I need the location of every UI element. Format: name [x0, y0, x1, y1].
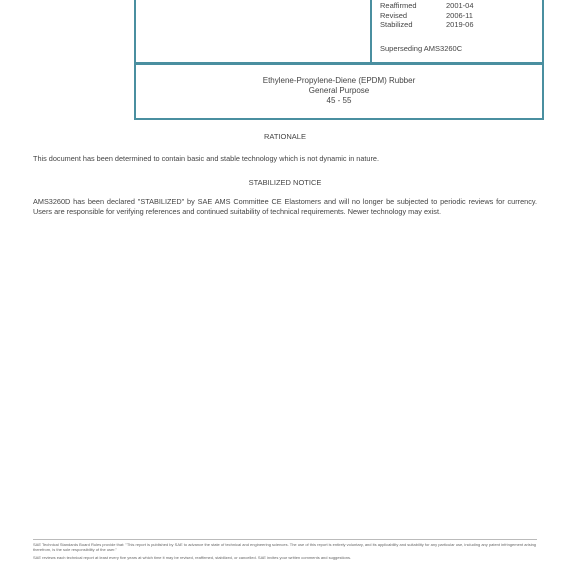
header-box — [134, 0, 544, 64]
footer-line-2: SAE reviews each technical report at lea… — [33, 555, 537, 560]
document-title-box: Ethylene-Propylene-Diene (EPDM) Rubber G… — [134, 63, 544, 120]
stabilized-text: AMS3260D has been declared "STABILIZED" … — [33, 197, 537, 216]
rationale-heading: RATIONALE — [0, 132, 570, 141]
document-dates: Reaffirmed2001-04 Revised2006-11 Stabili… — [380, 1, 474, 30]
date-row-reaffirmed: Reaffirmed2001-04 — [380, 1, 474, 11]
date-row-stabilized: Stabilized2019-06 — [380, 20, 474, 30]
header-divider — [370, 0, 372, 64]
stabilized-heading: STABILIZED NOTICE — [0, 178, 570, 187]
footer-line-1: SAE Technical Standards Board Rules prov… — [33, 542, 537, 552]
title-line-2: General Purpose — [136, 86, 542, 96]
superseding-note: Superseding AMS3260C — [380, 44, 462, 53]
rationale-text: This document has been determined to con… — [33, 154, 537, 164]
footer-divider — [33, 539, 537, 540]
title-line-1: Ethylene-Propylene-Diene (EPDM) Rubber — [136, 76, 542, 86]
date-row-revised: Revised2006-11 — [380, 11, 474, 21]
title-line-3: 45 - 55 — [136, 96, 542, 106]
